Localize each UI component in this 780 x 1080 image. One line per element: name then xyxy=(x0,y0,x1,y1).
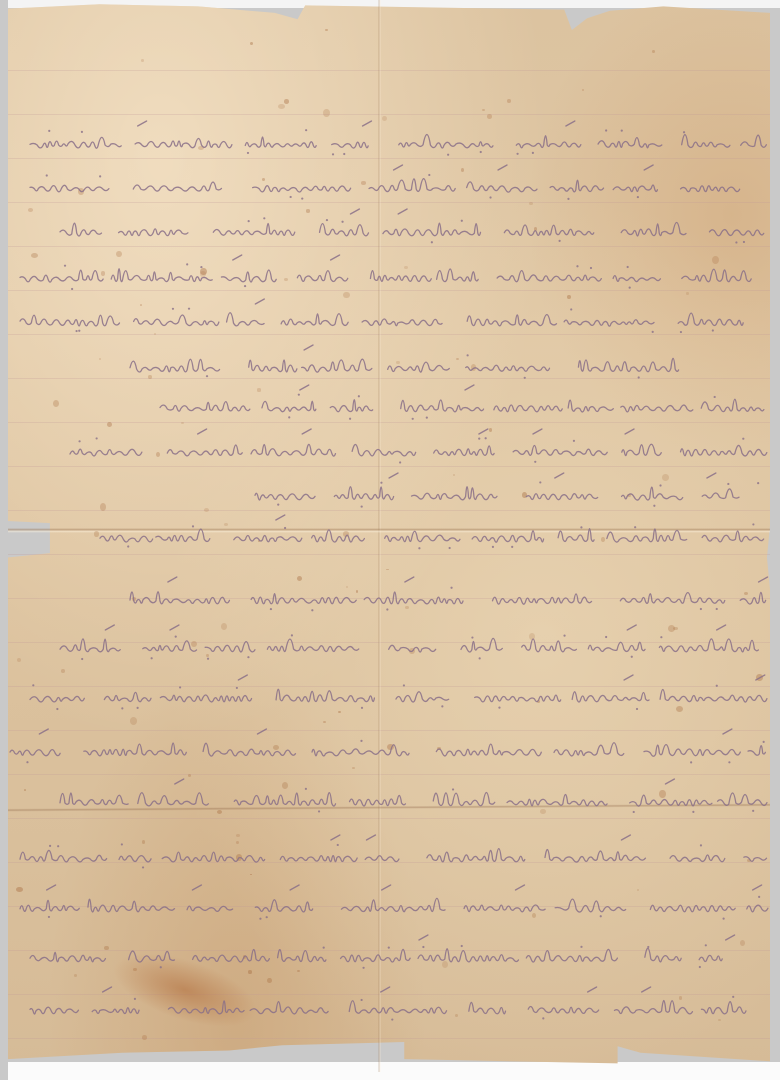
handwritten-line xyxy=(30,676,760,712)
handwritten-line xyxy=(20,256,770,292)
handwritten-line xyxy=(60,210,755,246)
handwritten-line xyxy=(30,166,760,202)
scan-bottom-margin xyxy=(8,1062,780,1080)
handwritten-line xyxy=(60,626,760,662)
foxing-spot xyxy=(94,531,98,536)
foxing-spot xyxy=(507,99,510,103)
foxing-spot xyxy=(740,940,745,946)
foxing-spot xyxy=(325,29,328,32)
handwritten-line xyxy=(20,836,760,872)
foxing-spot xyxy=(24,789,26,791)
handwritten-line xyxy=(20,300,755,336)
handwritten-line xyxy=(100,516,760,552)
ruled-line xyxy=(8,1038,770,1039)
foxing-spot xyxy=(267,978,271,983)
ruled-line xyxy=(8,466,770,467)
handwritten-line xyxy=(60,780,760,816)
ruled-line xyxy=(8,554,770,555)
handwritten-line xyxy=(30,988,760,1024)
foxing-spot xyxy=(141,59,144,63)
foxing-spot xyxy=(323,721,325,723)
ruled-line xyxy=(8,158,770,159)
ruled-line xyxy=(8,114,770,115)
foxing-spot xyxy=(61,669,65,673)
foxing-spot xyxy=(343,292,349,298)
handwritten-line xyxy=(30,936,720,972)
handwritten-line xyxy=(10,730,760,766)
foxing-spot xyxy=(567,295,571,299)
handwritten-line xyxy=(130,346,700,382)
foxing-spot xyxy=(142,1035,147,1040)
handwritten-line xyxy=(160,386,760,422)
foxing-spot xyxy=(28,208,33,212)
foxing-spot xyxy=(100,503,106,511)
foxing-spot xyxy=(652,50,655,53)
foxing-spot xyxy=(107,422,112,427)
foxing-spot xyxy=(482,109,485,111)
ruled-line xyxy=(8,246,770,247)
foxing-spot xyxy=(487,114,492,118)
foxing-spot xyxy=(284,99,289,103)
ruled-line xyxy=(8,510,770,511)
handwritten-line xyxy=(70,430,770,466)
handwritten-line xyxy=(130,578,760,614)
ruled-line xyxy=(8,422,770,423)
ruled-line xyxy=(8,774,770,775)
foxing-spot xyxy=(181,422,184,424)
ruled-line xyxy=(8,818,770,819)
foxing-spot xyxy=(323,109,330,117)
ruled-line xyxy=(8,70,770,71)
handwritten-line xyxy=(255,474,730,510)
handwritten-line xyxy=(30,122,760,158)
ruled-line xyxy=(8,202,770,203)
foxing-spot xyxy=(130,717,137,725)
handwritten-line xyxy=(20,886,760,922)
